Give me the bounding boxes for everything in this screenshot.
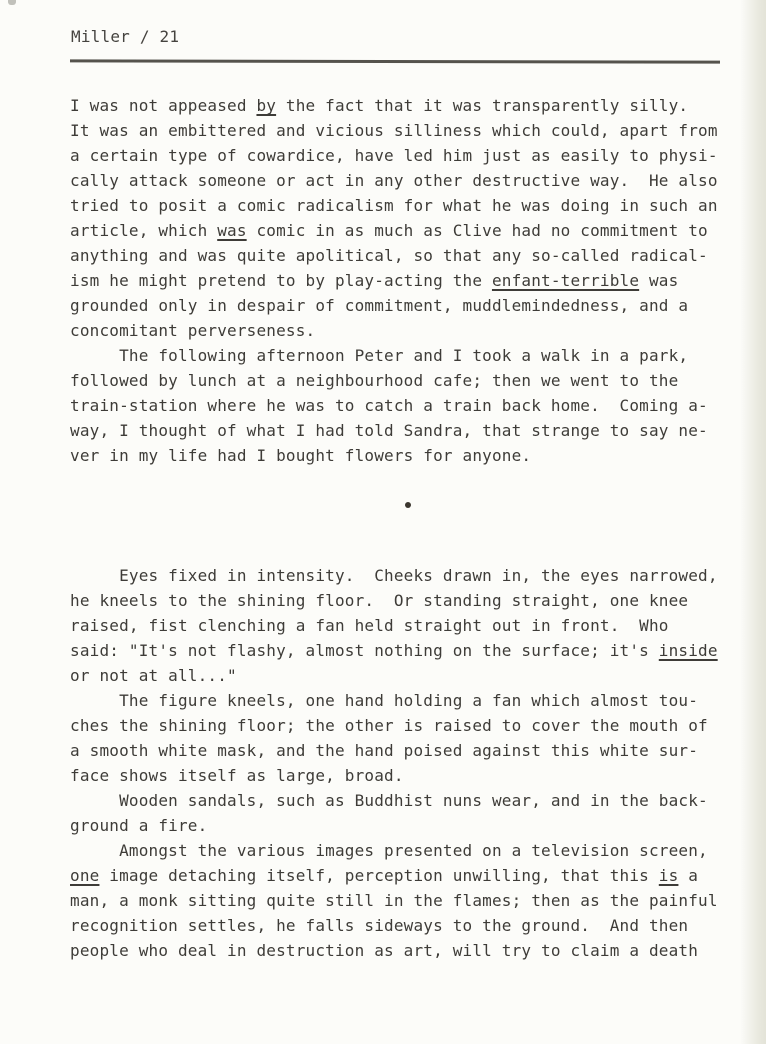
text-segment: ground a fire. [70,816,207,835]
section-break [70,468,746,563]
text-line: ground a fire. [70,813,746,838]
text-line: said: "It's not flashy, almost nothing o… [70,638,746,663]
paragraph: The following afternoon Peter and I took… [70,343,746,468]
text-line: concomitant perverseness. [70,318,746,343]
page-header: Miller / 21 [71,27,179,46]
text-line: tried to posit a comic radicalism for wh… [70,193,746,218]
text-segment: It was an embittered and vicious silline… [70,121,718,140]
scan-artifact-speck [8,0,16,5]
paragraph: Amongst the various images presented on … [70,838,746,963]
text-segment: a [678,866,698,885]
text-segment: or not at all..." [70,666,237,685]
text-segment: ism he might pretend to by play-acting t… [70,271,492,290]
text-segment: people who deal in destruction as art, w… [70,941,698,960]
text-line: one image detaching itself, perception u… [70,863,746,888]
text-line: cally attack someone or act in any other… [70,168,746,193]
text-segment: article, which [70,221,217,240]
underlined-text: was [217,221,246,240]
underlined-text: enfant-terrible [492,271,639,290]
text-line: train-station where he was to catch a tr… [70,393,746,418]
text-segment: image detaching itself, perception unwil… [99,866,658,885]
text-segment: Wooden sandals, such as Buddhist nuns we… [70,791,708,810]
text-segment: comic in as much as Clive had no commitm… [247,221,708,240]
paragraph: Wooden sandals, such as Buddhist nuns we… [70,788,746,838]
text-line: recognition settles, he falls sideways t… [70,913,746,938]
text-segment: he kneels to the shining floor. Or stand… [70,591,688,610]
text-line: ism he might pretend to by play-acting t… [70,268,746,293]
text-segment: raised, fist clenching a fan held straig… [70,616,669,635]
underlined-text: one [70,866,99,885]
text-segment: ches the shining floor; the other is rai… [70,716,708,735]
paragraph: Eyes fixed in intensity. Cheeks drawn in… [70,563,746,688]
text-segment: The figure kneels, one hand holding a fa… [70,691,698,710]
text-segment: face shows itself as large, broad. [70,766,404,785]
text-line: followed by lunch at a neighbourhood caf… [70,368,746,393]
text-line: grounded only in despair of commitment, … [70,293,746,318]
text-segment: was [639,271,678,290]
text-line: ver in my life had I bought flowers for … [70,443,746,468]
text-segment: a smooth white mask, and the hand poised… [70,741,698,760]
text-line: anything and was quite apolitical, so th… [70,243,746,268]
text-segment: the fact that it was transparently silly… [276,96,688,115]
text-line: ches the shining floor; the other is rai… [70,713,746,738]
text-line: raised, fist clenching a fan held straig… [70,613,746,638]
underlined-text: is [659,866,679,885]
text-segment: tried to posit a comic radicalism for wh… [70,196,718,215]
text-segment: grounded only in despair of commitment, … [70,296,688,315]
text-segment: a certain type of cowardice, have led hi… [70,146,718,165]
text-segment: concomitant perverseness. [70,321,315,340]
text-segment: I was not appeased [70,96,256,115]
text-line: It was an embittered and vicious silline… [70,118,746,143]
underlined-text: by [256,96,276,115]
text-line: Amongst the various images presented on … [70,838,746,863]
text-segment: recognition settles, he falls sideways t… [70,916,688,935]
text-segment: man, a monk sitting quite still in the f… [70,891,718,910]
text-segment: ver in my life had I bought flowers for … [70,446,531,465]
manuscript-page: I was not appeased by the fact that it w… [70,93,746,963]
text-segment: way, I thought of what I had told Sandra… [70,421,708,440]
text-line: Eyes fixed in intensity. Cheeks drawn in… [70,563,746,588]
text-segment: The following afternoon Peter and I took… [70,346,688,365]
text-segment: said: "It's not flashy, almost nothing o… [70,641,659,660]
text-line: a certain type of cowardice, have led hi… [70,143,746,168]
text-segment: train-station where he was to catch a tr… [70,396,708,415]
text-line: Wooden sandals, such as Buddhist nuns we… [70,788,746,813]
text-line: man, a monk sitting quite still in the f… [70,888,746,913]
text-segment: Eyes fixed in intensity. Cheeks drawn in… [70,566,718,585]
text-line: The following afternoon Peter and I took… [70,343,746,368]
underlined-text: inside [659,641,718,660]
text-line: way, I thought of what I had told Sandra… [70,418,746,443]
text-line: he kneels to the shining floor. Or stand… [70,588,746,613]
section-break-dot [405,502,411,508]
text-line: or not at all..." [70,663,746,688]
text-line: The figure kneels, one hand holding a fa… [70,688,746,713]
text-segment: Amongst the various images presented on … [70,841,708,860]
text-segment: cally attack someone or act in any other… [70,171,718,190]
text-line: article, which was comic in as much as C… [70,218,746,243]
header-rule [70,59,720,63]
text-line: people who deal in destruction as art, w… [70,938,746,963]
text-segment: followed by lunch at a neighbourhood caf… [70,371,678,390]
text-line: face shows itself as large, broad. [70,763,746,788]
text-segment: anything and was quite apolitical, so th… [70,246,708,265]
text-line: a smooth white mask, and the hand poised… [70,738,746,763]
paragraph: I was not appeased by the fact that it w… [70,93,746,343]
paragraph: The figure kneels, one hand holding a fa… [70,688,746,788]
text-line: I was not appeased by the fact that it w… [70,93,746,118]
